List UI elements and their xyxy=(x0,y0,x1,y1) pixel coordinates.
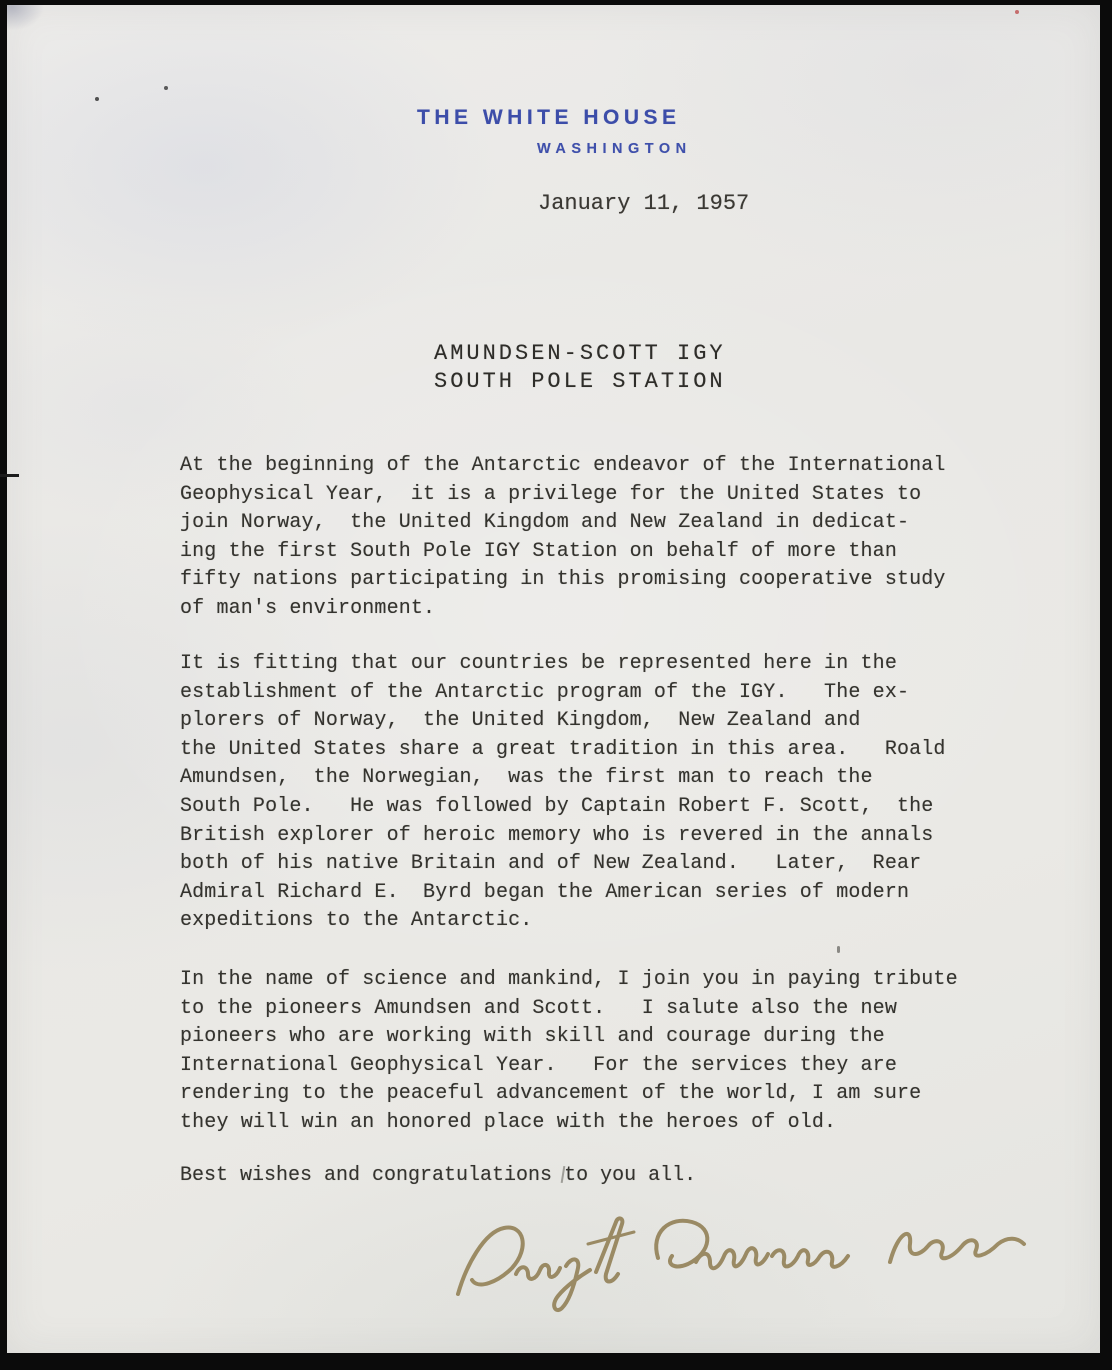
scanned-letter-page: { "doc": { "letterhead": { "line1": "THE… xyxy=(0,0,1112,1370)
text-line: rendering to the peaceful advancement of… xyxy=(180,1080,958,1109)
signature-stroke xyxy=(596,1218,622,1281)
text-line: expeditions to the Antarctic. xyxy=(180,907,946,936)
text-line: both of his native Britain and of New Ze… xyxy=(180,850,946,879)
text-line: plorers of Norway, the United Kingdom, N… xyxy=(180,707,946,736)
date-line: January 11, 1957 xyxy=(538,191,749,216)
scan-smudge xyxy=(7,5,67,51)
text-line: fifty nations participating in this prom… xyxy=(180,566,946,595)
text-line: establishment of the Antarctic program o… xyxy=(180,679,946,708)
text-line: Admiral Richard E. Byrd began the Americ… xyxy=(180,879,946,908)
signature-stroke xyxy=(458,1228,523,1294)
text-line: Geophysical Year, it is a privilege for … xyxy=(180,481,946,510)
text-line: British explorer of heroic memory who is… xyxy=(180,822,946,851)
text-line: Amundsen, the Norwegian, was the first m… xyxy=(180,764,946,793)
text-line: pioneers who are working with skill and … xyxy=(180,1023,958,1052)
closing-line: Best wishes and congratulations to you a… xyxy=(180,1162,696,1191)
signature-stroke xyxy=(696,1248,768,1268)
text-line: At the beginning of the Antarctic endeav… xyxy=(180,452,946,481)
text-line: International Geophysical Year. For the … xyxy=(180,1052,958,1081)
letter-title: AMUNDSEN-SCOTT IGYSOUTH POLE STATION xyxy=(434,340,726,395)
signature-dwight-eisenhower xyxy=(420,1192,1030,1317)
text-line: of man's environment. xyxy=(180,595,946,624)
signature-stroke xyxy=(516,1265,560,1279)
paragraph-2: It is fitting that our countries be repr… xyxy=(180,650,946,936)
signature-stroke xyxy=(890,1234,1024,1262)
text-line: In the name of science and mankind, I jo… xyxy=(180,966,958,995)
text-line: Best wishes and congratulations to you a… xyxy=(180,1162,696,1191)
scan-speck xyxy=(95,97,99,101)
letterhead-city: WASHINGTON xyxy=(537,141,692,157)
text-line: South Pole. He was followed by Captain R… xyxy=(180,793,946,822)
scan-speck xyxy=(1015,10,1019,14)
text-line: the United States share a great traditio… xyxy=(180,736,946,765)
text-line: AMUNDSEN-SCOTT IGY xyxy=(434,340,726,368)
letterhead-title: THE WHITE HOUSE xyxy=(417,106,681,130)
text-line: SOUTH POLE STATION xyxy=(434,368,726,396)
text-line: ing the first South Pole IGY Station on … xyxy=(180,538,946,567)
text-line: It is fitting that our countries be repr… xyxy=(180,650,946,679)
scan-edge-tick xyxy=(0,474,19,477)
paragraph-3: In the name of science and mankind, I jo… xyxy=(180,966,958,1138)
text-line: join Norway, the United Kingdom and New … xyxy=(180,509,946,538)
scan-speck xyxy=(837,946,840,953)
scan-speck xyxy=(164,86,168,90)
text-line: to the pioneers Amundsen and Scott. I sa… xyxy=(180,995,958,1024)
text-line: they will win an honored place with the … xyxy=(180,1109,958,1138)
paragraph-1: At the beginning of the Antarctic endeav… xyxy=(180,452,946,624)
signature-stroke xyxy=(772,1250,848,1267)
